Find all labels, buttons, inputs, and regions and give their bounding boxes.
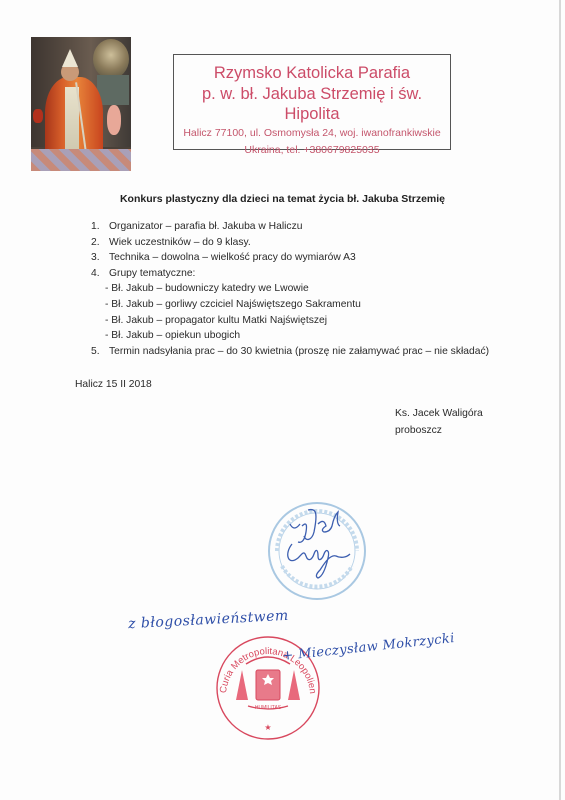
- parish-patrons: p. w. bł. Jakuba Strzemię i św. Hipolita: [174, 84, 450, 124]
- signer-role: proboszcz: [395, 422, 483, 439]
- signer-block: Ks. Jacek Waligóra proboszcz: [395, 405, 483, 439]
- list-item: 1. Organizator – parafia bł. Jakuba w Ha…: [91, 219, 489, 235]
- handwritten-note: z błogosławieństwem: [128, 608, 289, 632]
- list-item: 4. Grupy tematyczne:: [91, 266, 489, 282]
- theme-item: - Bł. Jakub – propagator kultu Matki Naj…: [91, 313, 489, 329]
- letterhead-box: Rzymsko Katolicka Parafia p. w. bł. Jaku…: [173, 54, 451, 150]
- scan-edge: [559, 0, 561, 800]
- svg-text:★: ★: [264, 723, 271, 732]
- theme-item: - Bł. Jakub – opiekun ubogich: [91, 328, 489, 344]
- parish-name: Rzymsko Katolicka Parafia: [174, 63, 450, 84]
- parish-stamp-with-signature: [262, 496, 382, 606]
- signer-name: Ks. Jacek Waligóra: [395, 405, 483, 422]
- saint-painting-image: [31, 37, 131, 171]
- svg-text:HUMILITAS: HUMILITAS: [255, 705, 282, 711]
- list-item: 3. Technika – dowolna – wielkość pracy d…: [91, 250, 489, 266]
- parish-address: Halicz 77100, ul. Osmomysła 24, woj. iwa…: [174, 125, 450, 141]
- document-date: Halicz 15 II 2018: [75, 379, 152, 390]
- theme-item: - Bł. Jakub – gorliwy czciciel Najświęts…: [91, 297, 489, 313]
- list-item: 5. Termin nadsyłania prac – do 30 kwietn…: [91, 344, 489, 360]
- document-title: Konkurs plastyczny dla dzieci na temat ż…: [0, 193, 565, 205]
- document-page: Rzymsko Katolicka Parafia p. w. bł. Jaku…: [0, 0, 565, 800]
- rules-list: 1. Organizator – parafia bł. Jakuba w Ha…: [91, 219, 489, 359]
- list-item: 2. Wiek uczestników – do 9 klasy.: [91, 235, 489, 251]
- theme-item: - Bł. Jakub – budowniczy katedry we Lwow…: [91, 281, 489, 297]
- parish-contact: Ukraina, tel. +380679825035: [174, 142, 450, 158]
